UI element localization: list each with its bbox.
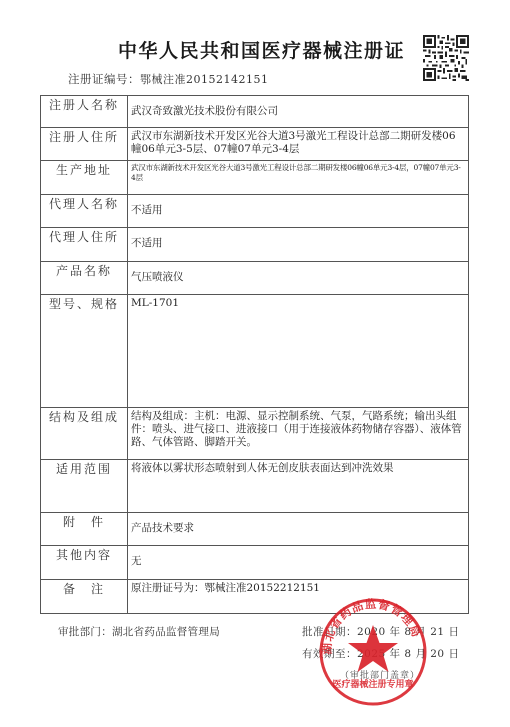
document-title: 中华人民共和国医疗器械注册证 [118, 36, 394, 63]
remarks-value: 原注册证号为：鄂械注准20152212151 [128, 580, 469, 614]
row-label: 代理人名称 [41, 195, 128, 228]
row-label: 结构及组成 [41, 408, 128, 460]
registrant-address-value: 武汉市东湖新技术开发区光谷大道3号激光工程设计总部二期研发楼06幢06单元3-5… [128, 128, 469, 161]
row-label: 注册人名称 [41, 96, 128, 128]
row-label: 附 件 [41, 513, 128, 546]
seal-note: （审批部门盖章） [340, 668, 420, 681]
production-address-value: 武汉市东湖新技术开发区光谷大道3号激光工程设计总部二期研发楼06幢06单元3-4… [128, 161, 469, 195]
structure-composition-value: 结构及组成：主机：电源、显示控制系统、气泵，气路系统；输出头组件：喷头、进气接口… [128, 408, 469, 460]
qr-code-icon [423, 35, 469, 81]
model-spec-value: ML-1701 [128, 295, 469, 408]
certificate-number: 注册证编号：鄂械注准20152142151 [68, 71, 268, 87]
table-row: 注册人名称 武汉奇致激光技术股份有限公司 [41, 96, 469, 128]
registrant-name-value: 武汉奇致激光技术股份有限公司 [128, 96, 469, 128]
table-row: 备 注 原注册证号为：鄂械注准20152212151 [41, 580, 469, 614]
row-label: 其他内容 [41, 546, 128, 580]
table-row: 生产地址 武汉市东湖新技术开发区光谷大道3号激光工程设计总部二期研发楼06幢06… [41, 161, 469, 195]
certificate-number-label: 注册证编号： [68, 72, 140, 86]
agent-name-value: 不适用 [128, 195, 469, 228]
row-label: 适用范围 [41, 460, 128, 513]
row-label: 产品名称 [41, 262, 128, 295]
table-row: 附 件 产品技术要求 [41, 513, 469, 546]
row-label: 注册人住所 [41, 128, 128, 161]
table-row: 型号、规格 ML-1701 [41, 295, 469, 408]
row-label: 备 注 [41, 580, 128, 614]
table-row: 其他内容 无 [41, 546, 469, 580]
table-row: 代理人名称 不适用 [41, 195, 469, 228]
approval-date: 批准日期：2020 年 8 月 21 日 [302, 624, 459, 639]
table-row: 产品名称 气压喷液仪 [41, 262, 469, 295]
agent-address-value: 不适用 [128, 228, 469, 262]
other-content-value: 无 [128, 546, 469, 580]
row-label: 型号、规格 [41, 295, 128, 408]
table-row: 代理人住所 不适用 [41, 228, 469, 262]
valid-until-date: 有效期至：2025 年 8 月 20 日 [302, 646, 459, 661]
scope-of-application-value: 将液体以雾状形态喷射到人体无创皮肤表面达到冲洗效果 [128, 460, 469, 513]
approval-department: 审批部门：湖北省药品监督管理局 [58, 624, 220, 639]
table-row: 注册人住所 武汉市东湖新技术开发区光谷大道3号激光工程设计总部二期研发楼06幢0… [41, 128, 469, 161]
row-label: 生产地址 [41, 161, 128, 195]
product-name-value: 气压喷液仪 [128, 262, 469, 295]
registration-table: 注册人名称 武汉奇致激光技术股份有限公司 注册人住所 武汉市东湖新技术开发区光谷… [40, 95, 469, 614]
certificate-number-value: 鄂械注准20152142151 [140, 73, 268, 86]
table-row: 结构及组成 结构及组成：主机：电源、显示控制系统、气泵，气路系统；输出头组件：喷… [41, 408, 469, 460]
row-label: 代理人住所 [41, 228, 128, 262]
attachment-value: 产品技术要求 [128, 513, 469, 546]
table-row: 适用范围 将液体以雾状形态喷射到人体无创皮肤表面达到冲洗效果 [41, 460, 469, 513]
